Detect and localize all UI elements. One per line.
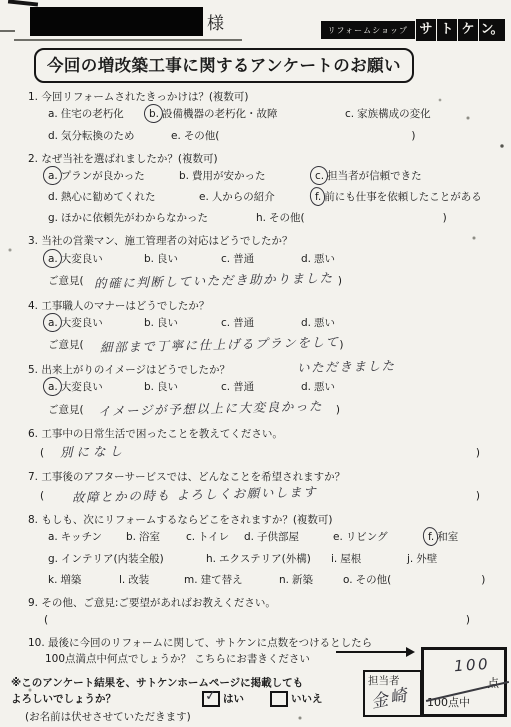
paren-close: ) — [336, 403, 340, 417]
options-row: g.インテリア(内装全般) h.エクステリア(外構) i.屋根 j.外壁 — [28, 552, 503, 566]
option-label: 前にも仕事を依頼したことがある — [324, 190, 482, 204]
option-q1-e: e.その他() — [171, 129, 416, 143]
paren-open: ( — [40, 489, 44, 503]
opinion-row: ご意見( 細部まで丁寧に仕上げるプランをして ) — [28, 337, 328, 354]
option-q8-a: a.キッチン — [48, 530, 126, 544]
option-q4-b: b.良い — [144, 316, 221, 330]
paren-close: ) — [411, 129, 415, 143]
shop-logo: リフォームショップ サ ト ケ ン。 — [321, 19, 505, 41]
form-body: 1. 今回リフォームされたきっかけは？(複数可) a.住宅の老朽化 b.設備機器… — [0, 90, 511, 724]
option-letter: b. — [179, 169, 189, 183]
options-row: a.大変良い b.良い c.普通 d.悪い — [28, 380, 503, 394]
option-label: エクステリア(外構) — [219, 552, 311, 566]
option-q3-c: c.普通 — [221, 252, 301, 266]
question-3: 3. 当社の営業マン、施工管理者の対応はどうでしたか？ a.大変良い b.良い … — [28, 234, 503, 289]
staff-signature: 金崎 — [369, 684, 411, 714]
option-q2-a: a.プランが良かった — [48, 169, 179, 183]
option-label: 悪い — [314, 252, 335, 266]
option-letter: c. — [221, 380, 230, 394]
question-2-heading: 2. なぜ当社を選ばれましたか？(複数可) — [28, 152, 503, 166]
no-option: いいえ — [270, 691, 323, 707]
question-5-heading: 5. 出来上がりのイメージはどうでしたか？ — [28, 363, 503, 377]
option-label: 大変良い — [61, 252, 103, 266]
options-row: g.ほかに依頼先がわからなかった h.その他() — [28, 211, 503, 225]
paren-close: ) — [338, 274, 342, 288]
paren-close: ) — [476, 446, 480, 460]
question-9: 9. その他、ご意見:ご要望があればお教えください。 ( ) — [28, 596, 503, 627]
option-label: 気分転換のため — [61, 129, 135, 143]
logo-char: ト — [436, 19, 457, 41]
yes-option: ✓ はい — [202, 691, 244, 707]
paren-open: ( — [40, 446, 44, 460]
staff-box: 担当者 金崎 — [363, 670, 422, 717]
answer-row: ( ) — [28, 613, 470, 627]
option-q2-d: d.熱心に勧めてくれた — [48, 190, 199, 204]
option-q8-o: o.その他() — [343, 573, 485, 587]
option-letter: e. — [199, 190, 209, 204]
arrow-icon — [336, 651, 412, 653]
option-letter: g. — [48, 211, 58, 225]
opinion-open-label: ご意見( — [48, 338, 84, 352]
option-letter: g. — [48, 552, 58, 566]
logo-char: サ — [415, 19, 436, 41]
honorific-label: 様 — [207, 13, 224, 36]
option-q2-h: h.その他() — [256, 211, 447, 225]
opinion-row: ご意見( 的確に判断していただき助かりました ) — [28, 273, 342, 290]
option-label: 良い — [157, 252, 178, 266]
option-label: 建て替え — [201, 573, 243, 587]
document-header: 様 リフォームショップ サ ト ケ ン。 — [0, 0, 511, 47]
options-row: d.気分転換のため e.その他() — [28, 129, 503, 143]
checkmark-icon: ✓ — [204, 687, 218, 707]
option-q8-b: b.浴室 — [126, 530, 186, 544]
handwritten-score: 100 — [453, 654, 490, 677]
option-label: 住宅の老朽化 — [61, 107, 124, 121]
option-label: 増築 — [60, 573, 81, 587]
option-q8-k: k.増築 — [48, 573, 119, 587]
options-row: a.プランが良かった b.費用が安かった c.担当者が信頼できた — [28, 169, 503, 183]
opinion-open-label: ご意見( — [48, 403, 84, 417]
option-letter: b. — [144, 380, 154, 394]
option-letter: f. — [428, 530, 434, 544]
option-label: キッチン — [61, 530, 102, 544]
option-label: 人からの紹介 — [212, 190, 275, 204]
option-letter: d. — [244, 530, 254, 544]
option-letter: a. — [48, 169, 58, 183]
option-label: 新築 — [292, 573, 313, 587]
option-letter: m. — [184, 573, 198, 587]
handwritten-answer-q6: 別になし — [60, 443, 126, 461]
option-letter: b. — [149, 107, 159, 121]
option-letter: l. — [119, 573, 125, 587]
checkbox-no — [270, 691, 288, 707]
option-letter: a. — [48, 107, 58, 121]
option-letter: d. — [48, 129, 58, 143]
option-q8-g: g.インテリア(内装全般) — [48, 552, 206, 566]
handwritten-answer-q4: 細部まで丁寧に仕上げるプランをして — [99, 334, 339, 357]
option-q8-d: d.子供部屋 — [244, 530, 333, 544]
no-label: いいえ — [291, 692, 323, 706]
question-6: 6. 工事中の日常生活で困ったことを教えてください。 ( 別になし ) — [28, 427, 503, 461]
question-4: 4. 工事職人のマナーはどうでしたか？ a.大変良い b.良い c.普通 d.悪… — [28, 299, 503, 354]
opinion-row: ご意見( イメージが予想以上に大変良かった ) — [28, 401, 340, 418]
option-label: 担当者が信頼できた — [327, 169, 422, 183]
option-label: その他( — [356, 573, 392, 587]
option-q8-n: n.新築 — [279, 573, 343, 587]
option-q8-h: h.エクステリア(外構) — [206, 552, 331, 566]
option-label: 良い — [157, 316, 178, 330]
score-box: 100 点 100点中 — [421, 647, 507, 717]
option-letter: f. — [315, 190, 321, 204]
option-label: その他( — [184, 129, 220, 143]
question-8-heading: 8. もしも、次にリフォームするならどこをされますか？(複数可) — [28, 513, 503, 527]
logo-prefix-label: リフォームショップ — [321, 21, 415, 39]
handwritten-answer-q7: 故障とかの時も よろしくお願いします — [72, 484, 318, 507]
option-q8-e: e.リビング — [333, 530, 428, 544]
option-letter: a. — [48, 252, 58, 266]
option-letter: a. — [48, 530, 58, 544]
option-q8-l: l.改装 — [119, 573, 184, 587]
option-q2-g: g.ほかに依頼先がわからなかった — [48, 211, 256, 225]
option-letter: b. — [144, 316, 154, 330]
option-label: トイレ — [198, 530, 229, 544]
option-letter: d. — [48, 190, 58, 204]
logo-char: ン。 — [478, 19, 505, 41]
option-label: 屋根 — [340, 552, 361, 566]
option-q1-c: c.家族構成の変化 — [345, 107, 431, 121]
option-label: リビング — [346, 530, 388, 544]
options-row: a.キッチン b.浴室 c.トイレ d.子供部屋 e.リビング f.和室 — [28, 530, 503, 544]
option-q5-c: c.普通 — [221, 380, 301, 394]
option-letter: c. — [221, 316, 230, 330]
option-q1-d: d.気分転換のため — [48, 129, 171, 143]
option-label: インテリア(内装全般) — [61, 552, 164, 566]
option-q8-c: c.トイレ — [186, 530, 244, 544]
option-label: 費用が安かった — [192, 169, 266, 183]
option-label: 改装 — [128, 573, 149, 587]
survey-document: 様 リフォームショップ サ ト ケ ン。 今回の増改築工事に関するアンケートのお… — [0, 0, 511, 727]
option-label: 良い — [157, 380, 178, 394]
option-q2-b: b.費用が安かった — [179, 169, 315, 183]
question-1: 1. 今回リフォームされたきっかけは？(複数可) a.住宅の老朽化 b.設備機器… — [28, 90, 503, 143]
option-q3-b: b.良い — [144, 252, 221, 266]
option-letter: e. — [333, 530, 343, 544]
paren-close: ) — [481, 573, 485, 587]
question-7-heading: 7. 工事後のアフターサービスでは、どんなことを希望されますか？ — [28, 470, 503, 484]
option-label: 悪い — [314, 380, 335, 394]
option-label: 悪い — [314, 316, 335, 330]
option-label: 大変良い — [61, 380, 103, 394]
paren-close: ) — [443, 211, 447, 225]
option-letter: n. — [279, 573, 289, 587]
option-letter: b. — [144, 252, 154, 266]
option-q3-a: a.大変良い — [48, 252, 144, 266]
option-q4-a: a.大変良い — [48, 316, 144, 330]
handwritten-answer-q4-line2: いただきました — [297, 358, 396, 377]
option-letter: c. — [315, 169, 324, 183]
checkbox-yes: ✓ — [202, 691, 220, 707]
question-9-heading: 9. その他、ご意見:ご要望があればお教えください。 — [28, 596, 503, 610]
note-line2: よろしいでしょうか？ — [11, 692, 116, 706]
option-q1-b: b.設備機器の老朽化・故障 — [149, 107, 345, 121]
option-letter: c. — [345, 107, 354, 121]
option-letter: o. — [343, 573, 353, 587]
paren-close: ) — [476, 489, 480, 503]
question-6-heading: 6. 工事中の日常生活で困ったことを教えてください。 — [28, 427, 503, 441]
option-letter: b. — [126, 530, 136, 544]
options-row: a.住宅の老朽化 b.設備機器の老朽化・故障 c.家族構成の変化 — [28, 107, 503, 121]
paren-close: ) — [466, 613, 470, 627]
paren-open: ( — [44, 613, 48, 627]
option-letter: k. — [48, 573, 57, 587]
handwritten-answer-q5: イメージが予想以上に大変良かった — [97, 399, 323, 421]
option-label: 大変良い — [61, 316, 103, 330]
option-letter: d. — [301, 252, 311, 266]
option-letter: e. — [171, 129, 181, 143]
option-label: 浴室 — [139, 530, 160, 544]
question-1-heading: 1. 今回リフォームされたきっかけは？(複数可) — [28, 90, 503, 104]
option-label: プランが良かった — [61, 169, 145, 183]
options-row: d.熱心に勧めてくれた e.人からの紹介 f.前にも仕事を依頼したことがある — [28, 190, 503, 204]
question-2: 2. なぜ当社を選ばれましたか？(複数可) a.プランが良かった b.費用が安か… — [28, 152, 503, 226]
option-letter: d. — [301, 316, 311, 330]
name-underline — [14, 39, 242, 41]
options-row: a.大変良い b.良い c.普通 d.悪い — [28, 316, 503, 330]
option-letter: h. — [206, 552, 216, 566]
option-label: 熱心に勧めてくれた — [61, 190, 156, 204]
option-q8-f: f.和室 — [428, 530, 458, 544]
question-3-heading: 3. 当社の営業マン、施工管理者の対応はどうでしたか？ — [28, 234, 503, 248]
option-label: 和室 — [437, 530, 458, 544]
question-8: 8. もしも、次にリフォームするならどこをされますか？(複数可) a.キッチン … — [28, 513, 503, 587]
redacted-customer-name — [30, 7, 203, 36]
option-label: 普通 — [233, 380, 254, 394]
options-row: k.増築 l.改装 m.建て替え n.新築 o.その他() — [28, 573, 503, 587]
option-label: 普通 — [233, 252, 254, 266]
option-q5-a: a.大変良い — [48, 380, 144, 394]
option-letter: c. — [221, 252, 230, 266]
option-q8-i: i.屋根 — [331, 552, 407, 566]
option-label: 子供部屋 — [257, 530, 299, 544]
answer-row: ( 別になし ) — [28, 444, 480, 461]
option-q8-m: m.建て替え — [184, 573, 279, 587]
opinion-open-label: ご意見( — [48, 274, 84, 288]
option-label: 家族構成の変化 — [357, 107, 431, 121]
logo-char: ケ — [457, 19, 478, 41]
question-4-heading: 4. 工事職人のマナーはどうでしたか？ — [28, 299, 503, 313]
option-q8-j: j.外壁 — [407, 552, 437, 566]
option-q5-d: d.悪い — [301, 380, 335, 394]
option-letter: h. — [256, 211, 266, 225]
option-label: その他( — [269, 211, 305, 225]
question-7: 7. 工事後のアフターサービスでは、どんなことを希望されますか？ ( 故障とかの… — [28, 470, 503, 504]
option-label: 普通 — [233, 316, 254, 330]
option-q4-d: d.悪い — [301, 316, 335, 330]
option-label: 外壁 — [416, 552, 437, 566]
option-q4-c: c.普通 — [221, 316, 301, 330]
option-q2-e: e.人からの紹介 — [199, 190, 315, 204]
option-q3-d: d.悪い — [301, 252, 335, 266]
form-title: 今回の増改築工事に関するアンケートのお願い — [34, 48, 414, 83]
option-letter: a. — [48, 316, 58, 330]
paren-close: ) — [339, 338, 343, 352]
handwritten-answer-q3: 的確に判断していただき助かりました — [93, 270, 333, 293]
form-title-text: 今回の増改築工事に関するアンケートのお願い — [47, 56, 401, 75]
yes-label: はい — [223, 692, 244, 706]
option-letter: j. — [407, 552, 413, 566]
option-q2-f: f.前にも仕事を依頼したことがある — [315, 190, 482, 204]
option-q2-c: c.担当者が信頼できた — [315, 169, 422, 183]
option-letter: c. — [186, 530, 195, 544]
option-q1-a: a.住宅の老朽化 — [48, 107, 149, 121]
answer-row: ( 故障とかの時も よろしくお願いします ) — [28, 487, 480, 504]
option-q5-b: b.良い — [144, 380, 221, 394]
option-letter: a. — [48, 380, 58, 394]
option-letter: d. — [301, 380, 311, 394]
options-row: a.大変良い b.良い c.普通 d.悪い — [28, 252, 503, 266]
option-label: 設備機器の老朽化・故障 — [162, 107, 278, 121]
option-label: ほかに依頼先がわからなかった — [61, 211, 208, 225]
option-letter: i. — [331, 552, 337, 566]
question-5: 5. 出来上がりのイメージはどうでしたか？ a.大変良い b.良い c.普通 d… — [28, 363, 503, 418]
